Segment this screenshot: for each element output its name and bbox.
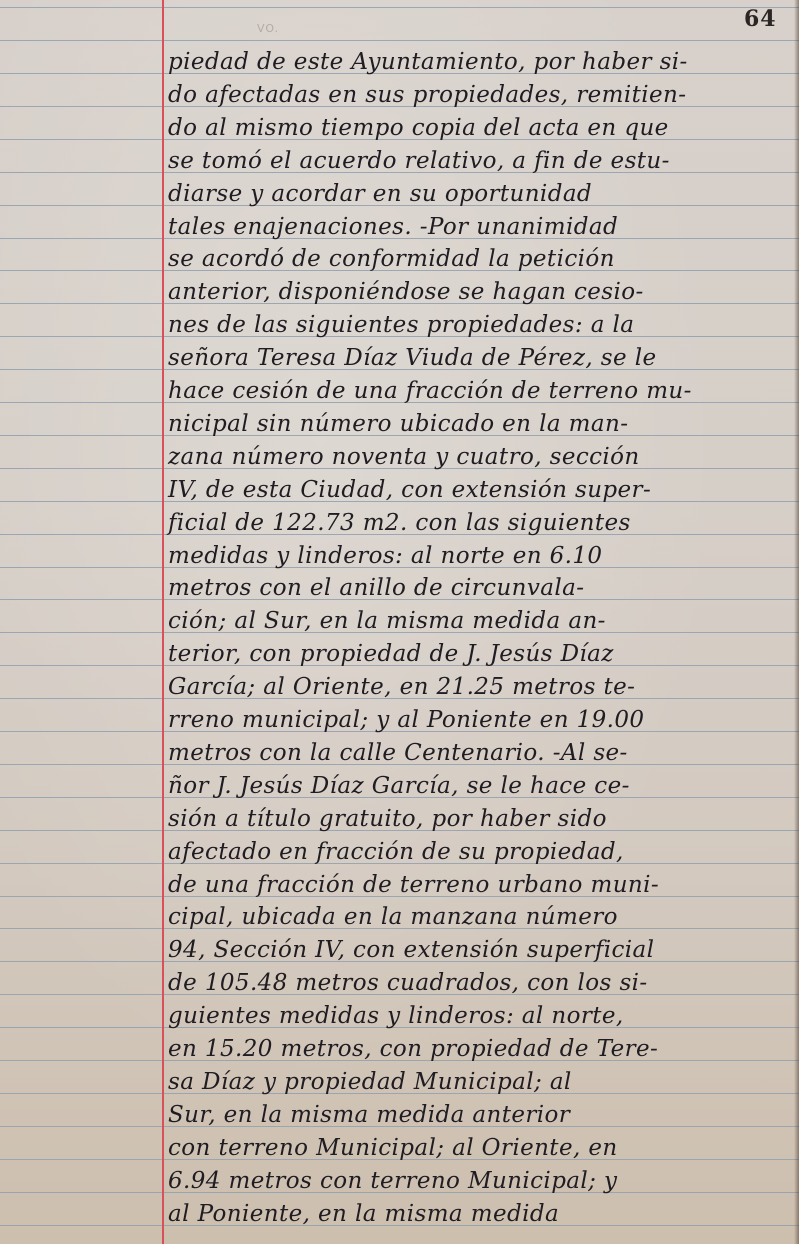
- text-line: García; al Oriente, en 21.25 metros te-: [168, 671, 793, 703]
- text-line: ción; al Sur, en la misma medida an-: [168, 605, 793, 637]
- text-line: se acordó de conformidad la petición: [168, 243, 793, 275]
- text-line: do al mismo tiempo copia del acta en que: [168, 112, 793, 144]
- text-line: terior, con propiedad de J. Jesús Díaz: [168, 638, 793, 670]
- text-line: sa Díaz y propiedad Municipal; al: [168, 1066, 793, 1098]
- text-line: metros con el anillo de circunvala-: [168, 572, 793, 604]
- text-line: señora Teresa Díaz Viuda de Pérez, se le: [168, 342, 793, 374]
- text-line: ñor J. Jesús Díaz García, se le hace ce-: [168, 770, 793, 802]
- text-line: tales enajenaciones. -Por unanimidad: [168, 211, 793, 243]
- text-line: Sur, en la misma medida anterior: [168, 1099, 793, 1131]
- text-line: hace cesión de una fracción de terreno m…: [168, 375, 793, 407]
- text-line: al Poniente, en la misma medida: [168, 1198, 793, 1230]
- text-line: zana número noventa y cuatro, sección: [168, 441, 793, 473]
- text-line: de una fracción de terreno urbano muni-: [168, 869, 793, 901]
- text-line: IV, de esta Ciudad, con extensión super-: [168, 474, 793, 506]
- text-line: con terreno Municipal; al Oriente, en: [168, 1132, 793, 1164]
- text-line: nes de las siguientes propiedades: a la: [168, 309, 793, 341]
- ledger-page: VO. 64 piedad de este Ayuntamiento, por …: [0, 0, 799, 1244]
- text-line: afectado en fracción de su propiedad,: [168, 836, 793, 868]
- text-line: 6.94 metros con terreno Municipal; y: [168, 1165, 793, 1197]
- ruled-line: [0, 40, 799, 41]
- text-line: rreno municipal; y al Poniente en 19.00: [168, 704, 793, 736]
- text-line: nicipal sin número ubicado en la man-: [168, 408, 793, 440]
- text-line: cipal, ubicada en la manzana número: [168, 901, 793, 933]
- text-line: piedad de este Ayuntamiento, por haber s…: [168, 46, 793, 78]
- text-line: sión a título gratuito, por haber sido: [168, 803, 793, 835]
- page-number: 64: [744, 6, 777, 32]
- text-line: de 105.48 metros cuadrados, con los si-: [168, 967, 793, 999]
- red-margin-line: [162, 0, 164, 1244]
- text-line: en 15.20 metros, con propiedad de Tere-: [168, 1033, 793, 1065]
- text-line: anterior, disponiéndose se hagan cesio-: [168, 276, 793, 308]
- text-line: 94, Sección IV, con extensión superficia…: [168, 934, 793, 966]
- text-line: medidas y linderos: al norte en 6.10: [168, 540, 793, 572]
- ruled-line: [0, 7, 799, 8]
- faded-stamp: VO.: [257, 22, 279, 35]
- text-line: guientes medidas y linderos: al norte,: [168, 1000, 793, 1032]
- text-line: do afectadas en sus propiedades, remitie…: [168, 79, 793, 111]
- text-line: se tomó el acuerdo relativo, a fin de es…: [168, 145, 793, 177]
- text-line: ficial de 122.73 m2. con las siguientes: [168, 507, 793, 539]
- text-line: diarse y acordar en su oportunidad: [168, 178, 793, 210]
- text-line: metros con la calle Centenario. -Al se-: [168, 737, 793, 769]
- page-edge-shadow: [794, 0, 799, 1244]
